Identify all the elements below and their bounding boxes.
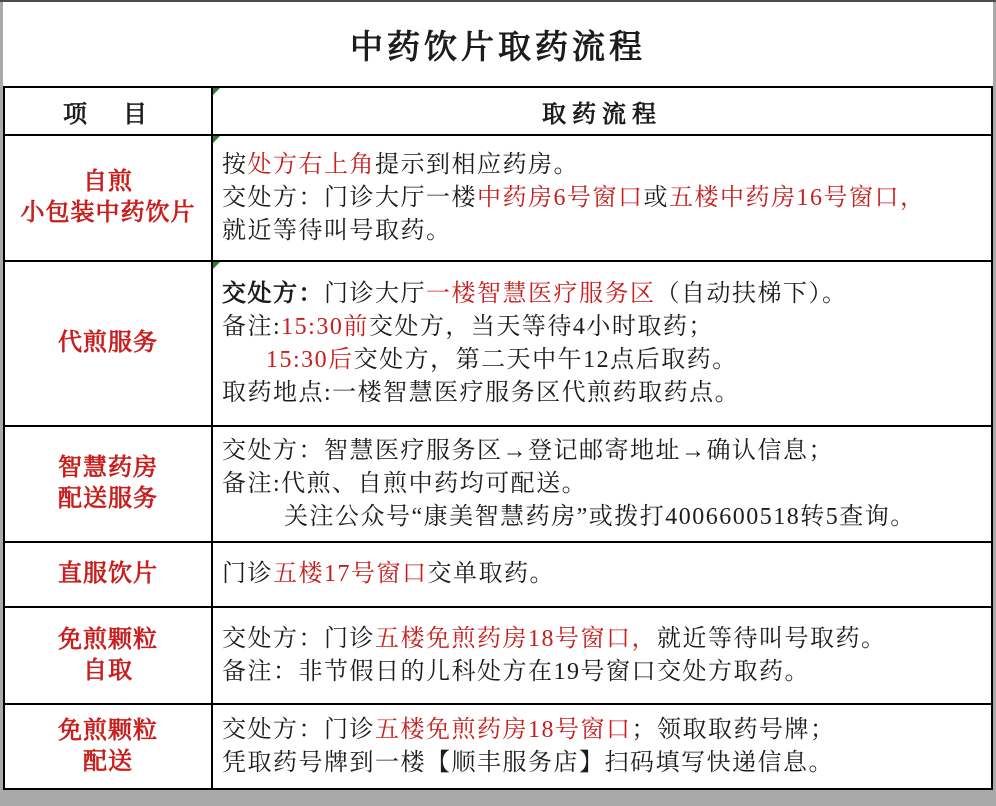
- item-label-line: 代煎服务: [5, 328, 211, 359]
- text-run: 关注公众号“康美智慧药房”或拨打4006600518转5查询。: [284, 504, 916, 530]
- item-label-line: 直服饮片: [5, 559, 211, 590]
- text-run: 一楼智慧医疗服务区: [426, 281, 656, 307]
- cell-comment-marker-icon: [213, 88, 220, 95]
- header-process-column: 取药流程: [212, 87, 992, 135]
- text-run: 交处方：门诊大厅一楼: [222, 185, 477, 211]
- text-run: 交处方：门诊: [222, 626, 375, 652]
- table-row: 直服饮片门诊五楼17号窗口交单取药。: [4, 542, 992, 607]
- text-run: 凭取药号牌到一楼【顺丰服务店】扫码填写快递信息。: [222, 750, 834, 776]
- text-run: 交处方：门诊: [222, 717, 375, 743]
- process-text-line: 取药地点:一楼智慧医疗服务区代煎药取药点。: [222, 377, 985, 410]
- text-run: 中药房6号窗口: [477, 185, 644, 211]
- item-label-line: 自取: [5, 656, 211, 687]
- text-run: 就近等待叫号取药。: [222, 218, 452, 244]
- text-run: 五楼中药房16号窗口，: [669, 185, 926, 211]
- process-table-body: 自煎小包装中药饮片按处方右上角提示到相应药房。交处方：门诊大厅一楼中药房6号窗口…: [4, 135, 992, 789]
- item-label-line: 免煎颗粒: [5, 625, 211, 656]
- notice-sheet: 中药饮片取药流程 项 目 取药流程 自煎小包装中药饮片按处方右上角提示到相应药房…: [3, 2, 993, 790]
- cell-comment-marker-icon: [213, 262, 220, 269]
- text-run: 交处方，第二天中午12点后取药。: [354, 347, 738, 373]
- item-label: 免煎颗粒自取: [4, 607, 212, 704]
- process-steps: 交处方：门诊大厅一楼智慧医疗服务区（自动扶梯下）。备注:15:30前交处方，当天…: [212, 261, 992, 426]
- item-label-line: 小包装中药饮片: [5, 198, 211, 229]
- text-run: 交处方：智慧医疗服务区→登记邮寄地址→确认信息；: [222, 438, 834, 464]
- process-text-line: 15:30后交处方，第二天中午12点后取药。: [222, 344, 985, 377]
- process-text-line: 按处方右上角提示到相应药房。: [222, 149, 985, 182]
- process-text-line: 备注:代煎、自煎中药均可配送。: [222, 468, 985, 501]
- text-run: 五楼免煎药房18号窗口，: [375, 626, 657, 652]
- process-text-line: 交处方：智慧医疗服务区→登记邮寄地址→确认信息；: [222, 435, 985, 468]
- notice-page: 中药饮片取药流程 项 目 取药流程 自煎小包装中药饮片按处方右上角提示到相应药房…: [0, 0, 996, 806]
- item-label-line: 配送: [5, 747, 211, 778]
- item-label: 智慧药房配送服务: [4, 426, 212, 542]
- text-run: 或: [644, 185, 670, 211]
- text-run: 备注：非节假日的儿科处方在19号窗口交处方取药。: [222, 659, 810, 685]
- header-item-column: 项 目: [4, 87, 212, 135]
- item-label-line: 自煎: [5, 167, 211, 198]
- cell-comment-marker-icon: [213, 136, 220, 143]
- text-run: 就近等待叫号取药。: [657, 626, 887, 652]
- process-text-line: 就近等待叫号取药。: [222, 215, 985, 248]
- pickup-process-table: 项 目 取药流程 自煎小包装中药饮片按处方右上角提示到相应药房。交处方：门诊大厅…: [3, 86, 993, 790]
- process-steps: 交处方：门诊五楼免煎药房18号窗口；领取取药号牌；凭取药号牌到一楼【顺丰服务店】…: [212, 704, 992, 789]
- text-run: ；领取取药号牌；: [632, 717, 836, 743]
- text-run: 备注:代煎、自煎中药均可配送。: [222, 471, 587, 497]
- item-label: 代煎服务: [4, 261, 212, 426]
- text-run: 15:30后: [266, 347, 354, 373]
- table-row: 免煎颗粒自取交处方：门诊五楼免煎药房18号窗口，就近等待叫号取药。备注：非节假日…: [4, 607, 992, 704]
- process-steps: 门诊五楼17号窗口交单取药。: [212, 542, 992, 607]
- table-row: 智慧药房配送服务交处方：智慧医疗服务区→登记邮寄地址→确认信息；备注:代煎、自煎…: [4, 426, 992, 542]
- process-steps: 按处方右上角提示到相应药房。交处方：门诊大厅一楼中药房6号窗口或五楼中药房16号…: [212, 135, 992, 261]
- text-run: 15:30前: [281, 314, 369, 340]
- text-run: 交处方：: [222, 281, 324, 307]
- header-process-label: 取药流程: [542, 102, 662, 128]
- table-row: 代煎服务交处方：门诊大厅一楼智慧医疗服务区（自动扶梯下）。备注:15:30前交处…: [4, 261, 992, 426]
- process-text-line: 交处方：门诊大厅一楼智慧医疗服务区（自动扶梯下）。: [222, 278, 985, 311]
- process-text-line: 交处方：门诊五楼免煎药房18号窗口，就近等待叫号取药。: [222, 623, 985, 656]
- text-run: 门诊大厅: [324, 281, 426, 307]
- item-label: 自煎小包装中药饮片: [4, 135, 212, 261]
- process-steps: 交处方：门诊五楼免煎药房18号窗口，就近等待叫号取药。备注：非节假日的儿科处方在…: [212, 607, 992, 704]
- header-row: 项 目 取药流程: [4, 87, 992, 135]
- process-steps: 交处方：智慧医疗服务区→登记邮寄地址→确认信息；备注:代煎、自煎中药均可配送。关…: [212, 426, 992, 542]
- process-text-line: 备注：非节假日的儿科处方在19号窗口交处方取药。: [222, 656, 985, 689]
- text-run: 处方右上角: [248, 152, 376, 178]
- text-run: 交处方，当天等待4小时取药；: [369, 314, 714, 340]
- item-label-line: 智慧药房: [5, 453, 211, 484]
- item-label: 免煎颗粒配送: [4, 704, 212, 789]
- item-label: 直服饮片: [4, 542, 212, 607]
- process-text-line: 门诊五楼17号窗口交单取药。: [222, 558, 985, 591]
- process-text-line: 交处方：门诊大厅一楼中药房6号窗口或五楼中药房16号窗口，: [222, 182, 985, 215]
- text-run: （自动扶梯下）。: [656, 281, 848, 307]
- table-row: 免煎颗粒配送交处方：门诊五楼免煎药房18号窗口；领取取药号牌；凭取药号牌到一楼【…: [4, 704, 992, 789]
- text-run: 备注:: [222, 314, 281, 340]
- text-run: 门诊: [222, 561, 273, 587]
- text-run: 交单取药。: [428, 561, 556, 587]
- text-run: 提示到相应药房。: [375, 152, 579, 178]
- text-run: 取药地点:一楼智慧医疗服务区代煎药取药点。: [222, 380, 740, 406]
- process-text-line: 交处方：门诊五楼免煎药房18号窗口；领取取药号牌；: [222, 714, 985, 747]
- text-run: 五楼17号窗口: [273, 561, 428, 587]
- text-run: 按: [222, 152, 248, 178]
- item-label-line: 配送服务: [5, 484, 211, 515]
- table-row: 自煎小包装中药饮片按处方右上角提示到相应药房。交处方：门诊大厅一楼中药房6号窗口…: [4, 135, 992, 261]
- item-label-line: 免煎颗粒: [5, 716, 211, 747]
- process-text-line: 备注:15:30前交处方，当天等待4小时取药；: [222, 311, 985, 344]
- text-run: 五楼免煎药房18号窗口: [375, 717, 632, 743]
- process-text-line: 关注公众号“康美智慧药房”或拨打4006600518转5查询。: [222, 501, 985, 534]
- page-title: 中药饮片取药流程: [3, 2, 993, 86]
- process-text-line: 凭取药号牌到一楼【顺丰服务店】扫码填写快递信息。: [222, 747, 985, 780]
